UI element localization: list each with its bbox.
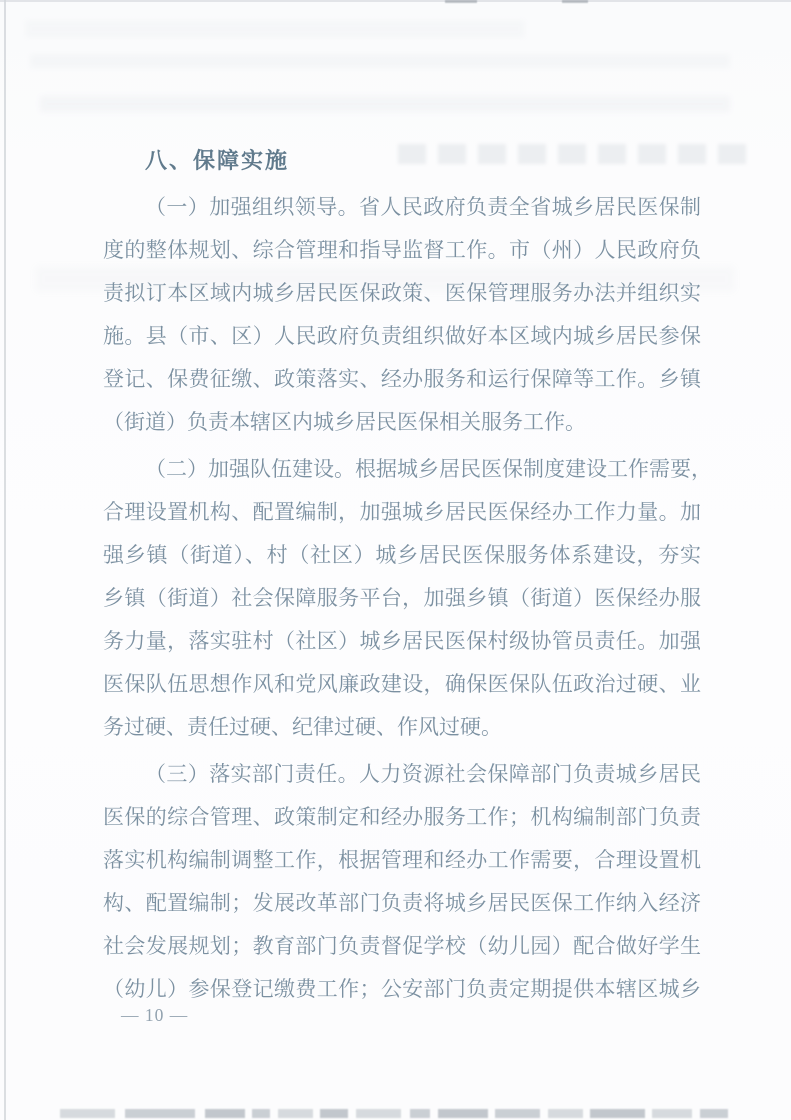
text-line: 度的整体规划、综合管理和指导监督工作。市（州）人民政府负 bbox=[103, 229, 701, 272]
text-line: 医保队伍思想作风和党风廉政建设，确保医保队伍政治过硬、业 bbox=[103, 663, 701, 706]
cutoff-text-artifact bbox=[0, 1109, 791, 1120]
text-line: 施。县（市、区）人民政府负责组织做好本区域内城乡居民参保 bbox=[103, 315, 701, 358]
bleedthrough-artifact bbox=[40, 96, 730, 112]
text-line: 登记、保费征缴、政策落实、经办服务和运行保障等工作。乡镇 bbox=[103, 358, 701, 401]
text-line: 合理设置机构、配置编制，加强城乡居民医保经办工作力量。加 bbox=[103, 491, 701, 534]
text-line: （幼儿）参保登记缴费工作；公安部门负责定期提供本辖区城乡 bbox=[103, 968, 701, 1011]
paragraph: （二）加强队伍建设。根据城乡居民医保制度建设工作需要，合理设置机构、配置编制，加… bbox=[103, 448, 701, 749]
text-line: 落实机构编制调整工作，根据管理和经办工作需要，合理设置机 bbox=[103, 839, 701, 882]
bleedthrough-artifact bbox=[30, 54, 730, 68]
scan-speck-artifact bbox=[445, 0, 477, 3]
scan-top-edge-artifact bbox=[0, 0, 791, 2]
paragraph: （三）落实部门责任。人力资源社会保障部门负责城乡居民医保的综合管理、政策制定和经… bbox=[103, 753, 701, 1011]
scan-left-edge-artifact bbox=[4, 0, 6, 1120]
text-line: 责拟订本区域内城乡居民医保政策、医保管理服务办法并组织实 bbox=[103, 272, 701, 315]
paragraph: （一）加强组织领导。省人民政府负责全省城乡居民医保制度的整体规划、综合管理和指导… bbox=[103, 186, 701, 444]
text-line: 医保的综合管理、政策制定和经办服务工作；机构编制部门负责 bbox=[103, 796, 701, 839]
text-line: （三）落实部门责任。人力资源社会保障部门负责城乡居民 bbox=[103, 753, 701, 796]
scanned-document-page: 八、保障实施 （一）加强组织领导。省人民政府负责全省城乡居民医保制度的整体规划、… bbox=[0, 0, 791, 1120]
text-line: （一）加强组织领导。省人民政府负责全省城乡居民医保制 bbox=[103, 186, 701, 229]
text-line: （二）加强队伍建设。根据城乡居民医保制度建设工作需要， bbox=[103, 448, 701, 491]
bleedthrough-artifact bbox=[25, 20, 525, 38]
text-line: 构、配置编制；发展改革部门负责将城乡居民医保工作纳入经济 bbox=[103, 882, 701, 925]
text-line: 社会发展规划；教育部门负责督促学校（幼儿园）配合做好学生 bbox=[103, 925, 701, 968]
text-line: 务过硬、责任过硬、纪律过硬、作风过硬。 bbox=[103, 706, 701, 749]
text-line: 务力量，落实驻村（社区）城乡居民医保村级协管员责任。加强 bbox=[103, 620, 701, 663]
section-heading: 八、保障实施 bbox=[103, 140, 701, 182]
text-line: 强乡镇（街道）、村（社区）城乡居民医保服务体系建设，夯实 bbox=[103, 534, 701, 577]
page-number: — 10 — bbox=[121, 1005, 188, 1026]
text-line: 乡镇（街道）社会保障服务平台，加强乡镇（街道）医保经办服 bbox=[103, 577, 701, 620]
scan-speck-artifact bbox=[562, 0, 588, 3]
document-body: 八、保障实施 （一）加强组织领导。省人民政府负责全省城乡居民医保制度的整体规划、… bbox=[103, 140, 701, 1011]
text-line: （街道）负责本辖区内城乡居民医保相关服务工作。 bbox=[103, 401, 701, 444]
